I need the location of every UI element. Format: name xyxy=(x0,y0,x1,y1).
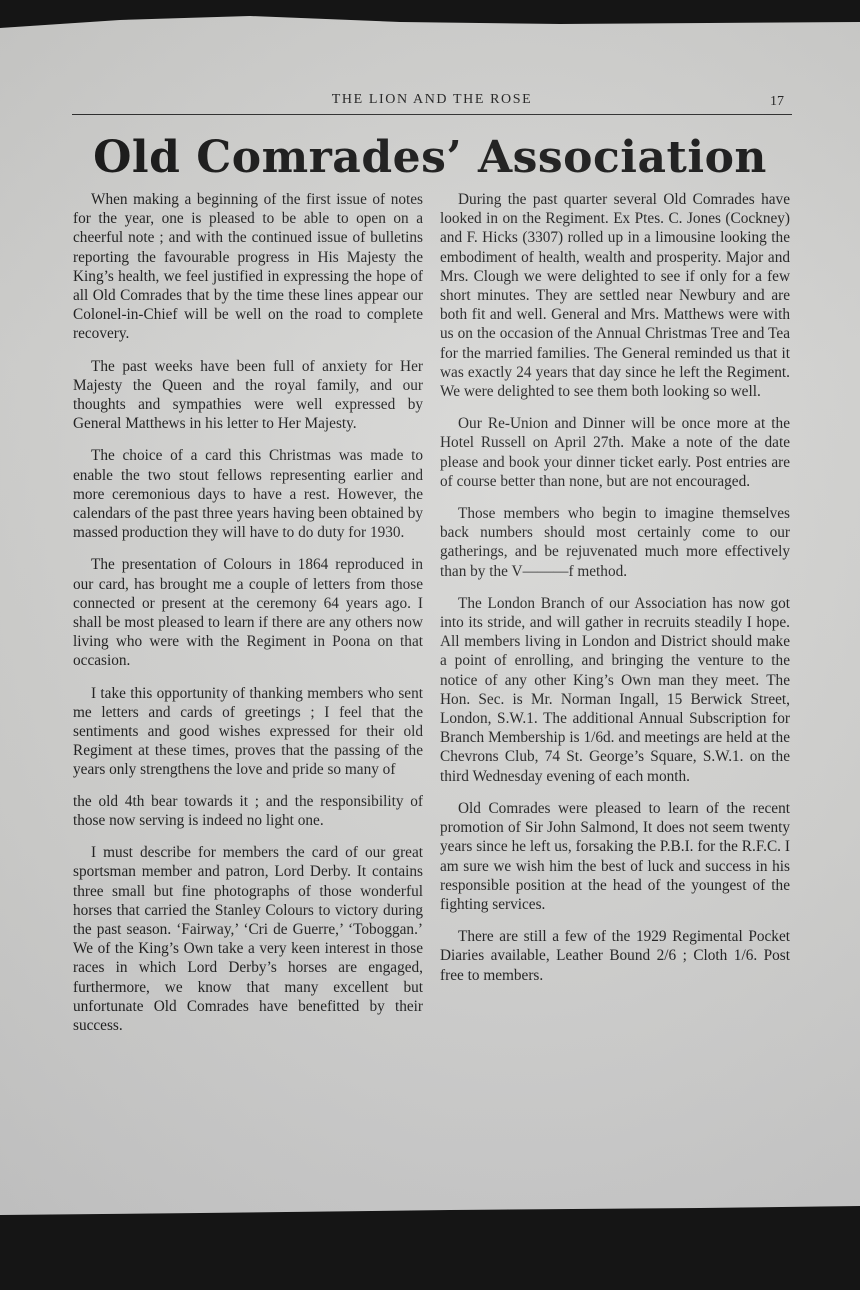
running-header: THE LION AND THE ROSE 17 xyxy=(72,92,792,115)
publication-title: THE LION AND THE ROSE xyxy=(72,92,792,108)
paragraph-colours: The presentation of Colours in 1864 repr… xyxy=(73,555,423,670)
paragraph-thanks-continued: the old 4th bear towards it ; and the re… xyxy=(73,792,423,830)
paragraph-christmas-card: The choice of a card this Christmas was … xyxy=(73,446,423,542)
paragraph-back-numbers: Those members who begin to imagine them­… xyxy=(440,504,790,581)
paragraph-salmond: Old Comrades were pleased to learn of th… xyxy=(440,799,790,914)
right-column: During the past quarter several Old Comr… xyxy=(440,190,790,998)
paragraph-thanks: I take this opportunity of thanking memb… xyxy=(73,684,423,780)
paragraph-london-branch: The London Branch of our Association has… xyxy=(440,594,790,786)
paragraph-recovery: When making a beginning of the first iss… xyxy=(73,190,423,344)
paragraph-visitors: During the past quarter several Old Comr… xyxy=(440,190,790,401)
page-number: 17 xyxy=(770,94,784,110)
paragraph-reunion-dinner: Our Re-Union and Dinner will be once mor… xyxy=(440,414,790,491)
paragraph-lord-derby: I must describe for members the card of … xyxy=(73,843,423,1035)
paragraph-queen: The past weeks have been full of anxiety… xyxy=(73,357,423,434)
paragraph-diaries: There are still a few of the 1929 Regime… xyxy=(440,927,790,985)
article-title: Old Comrades’ Association xyxy=(60,128,800,188)
magazine-page: THE LION AND THE ROSE 17 Old Comrades’ A… xyxy=(0,0,860,1215)
left-column: When making a beginning of the first iss… xyxy=(73,190,423,1048)
